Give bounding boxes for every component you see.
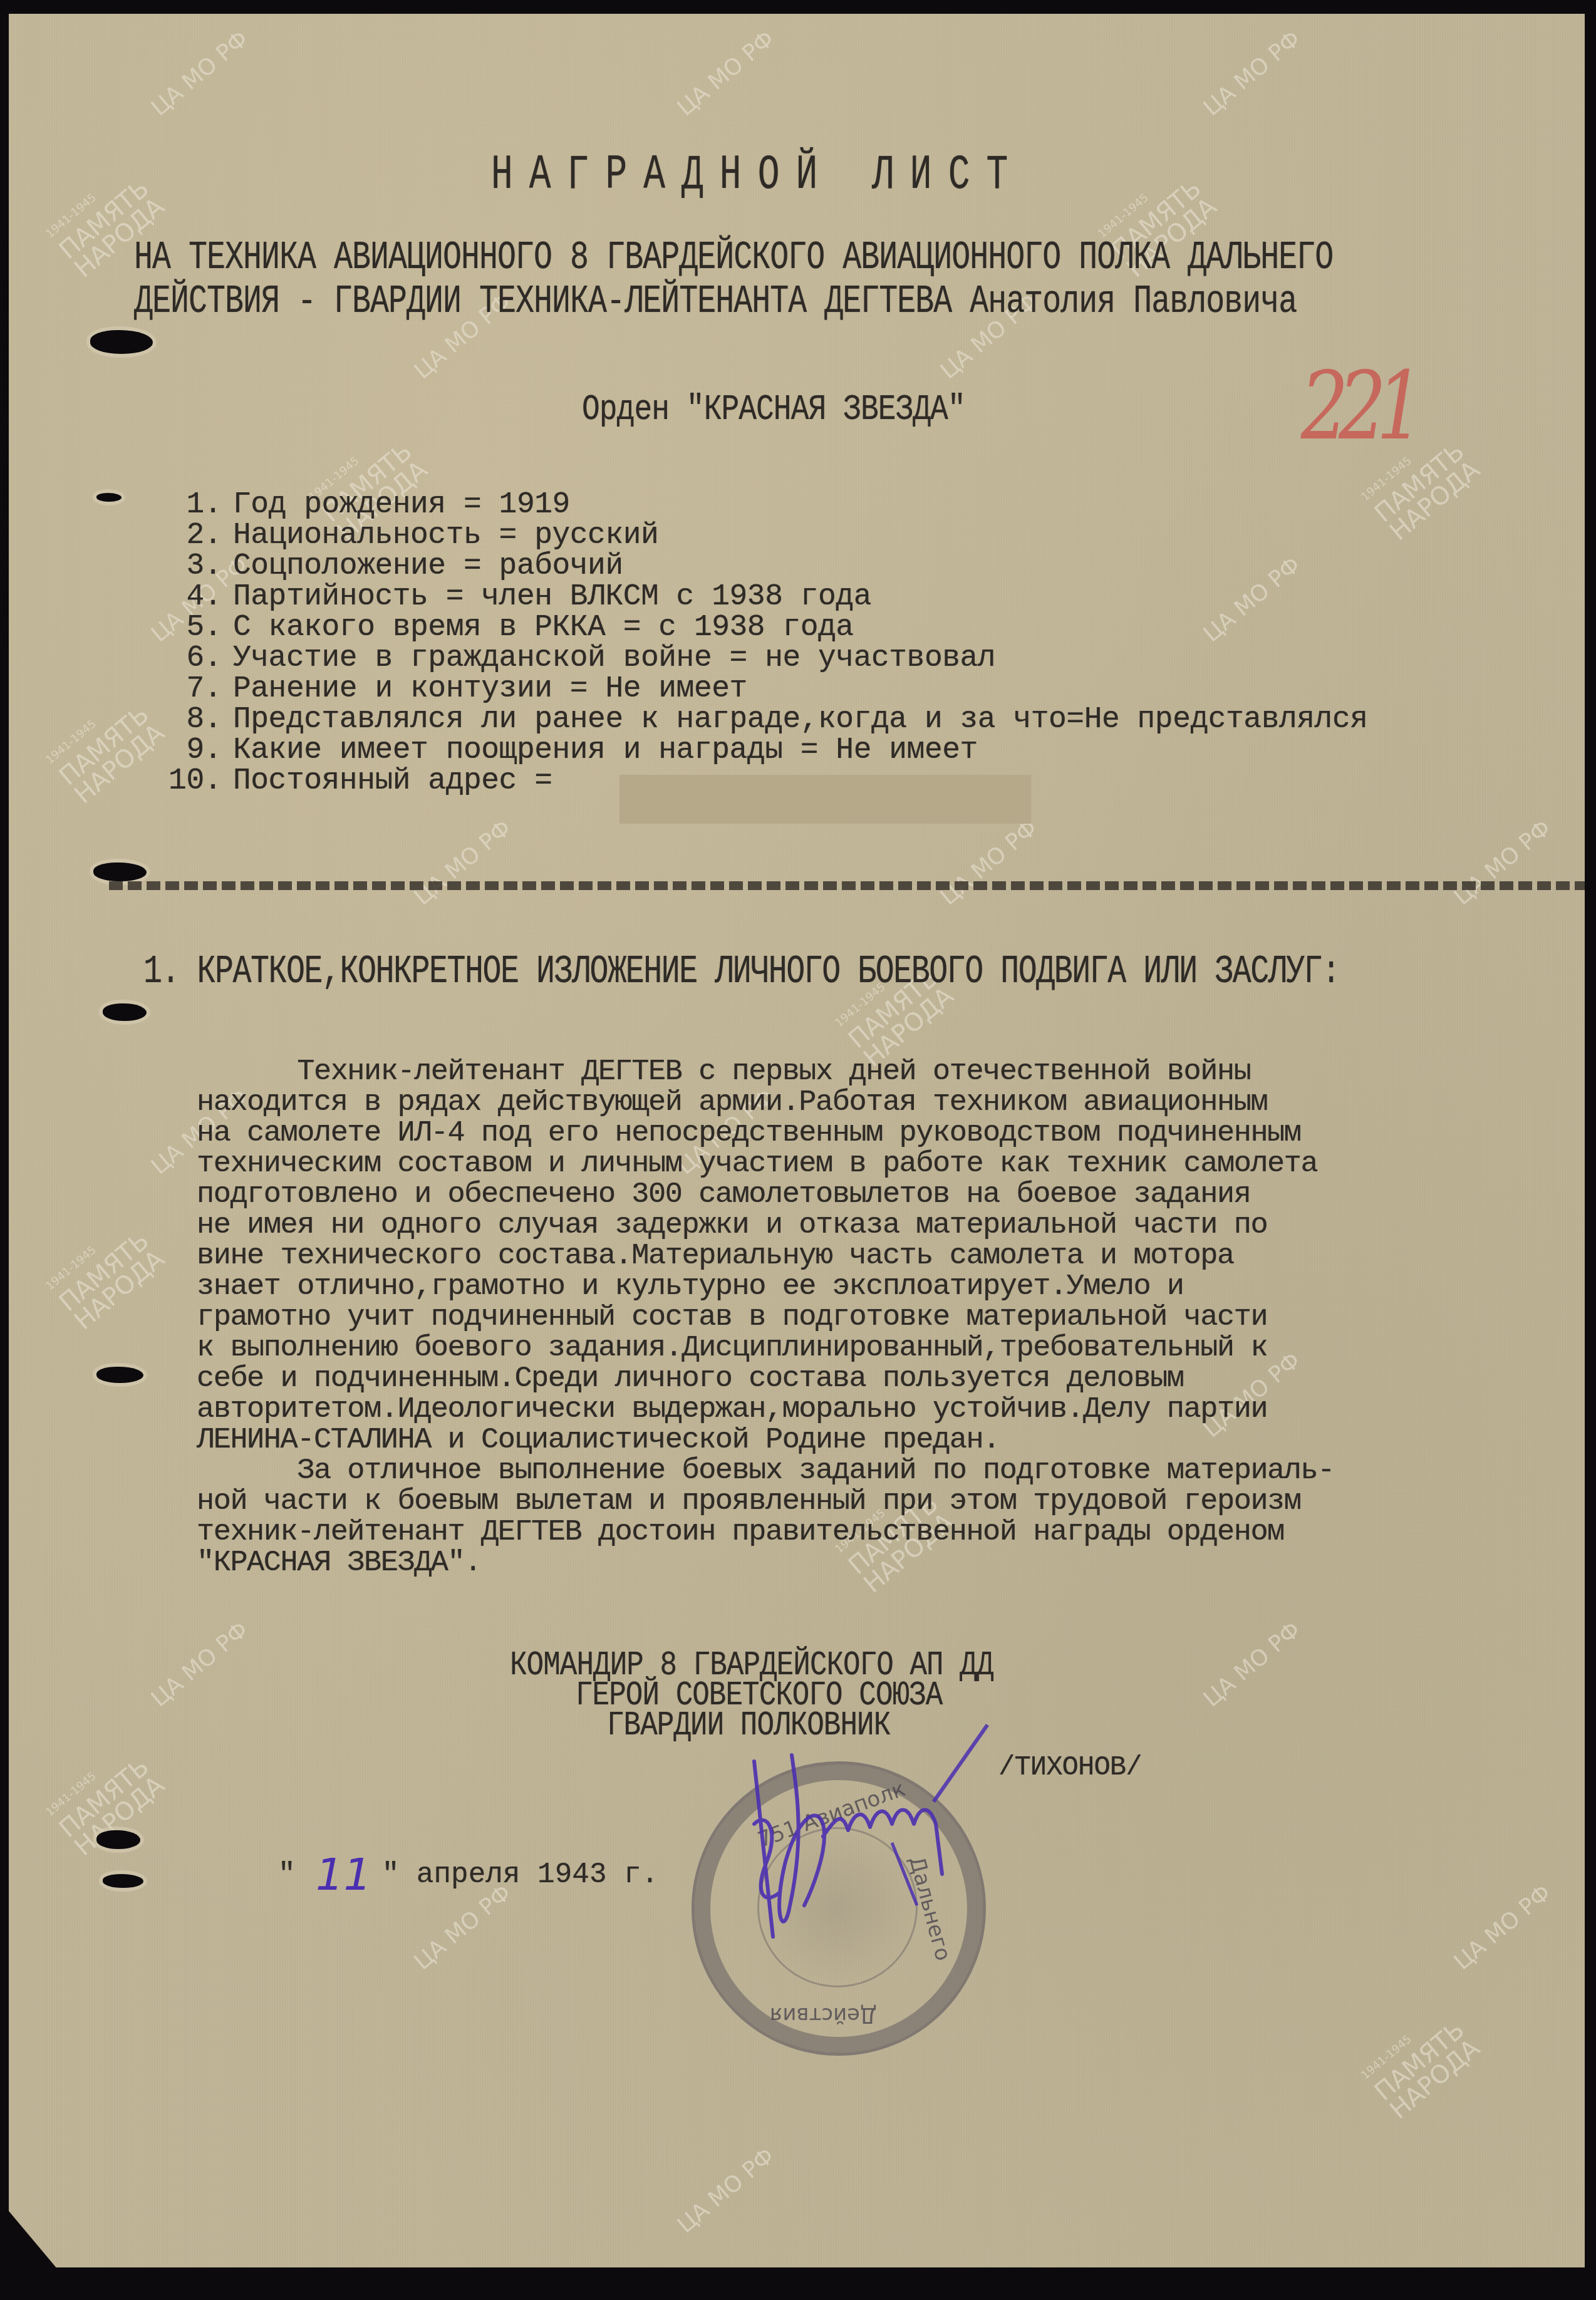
- punch-hole: [103, 1003, 147, 1021]
- subject-line-2: ДЕЙСТВИЯ - ГВАРДИИ ТЕХНИКА-ЛЕЙТЕНАНТА ДЕ…: [134, 280, 1297, 324]
- list-item-number: 7.: [147, 674, 233, 705]
- list-item-number: 8.: [147, 705, 233, 735]
- list-item: 3.Соцположение = рабочий: [147, 551, 1368, 582]
- project-watermark: 1941-1945 ПАМЯТЬ НАРОДА: [40, 1210, 168, 1334]
- punch-hole: [96, 1830, 140, 1849]
- body-line: знает отлично,грамотно и культурно ее эк…: [197, 1272, 1334, 1302]
- section-heading: 1. КРАТКОЕ,КОНКРЕТНОЕ ИЗЛОЖЕНИЕ ЛИЧНОГО …: [143, 950, 1340, 995]
- watermark-line2: НАРОДА: [1384, 2034, 1485, 2125]
- list-item-text: С какого время в РККА = с 1938 года: [233, 613, 854, 643]
- archive-watermark: ЦА МО РФ: [1449, 815, 1556, 910]
- order-name: Орден "КРАСНАЯ ЗВЕЗДА": [582, 390, 965, 430]
- list-item-text: Национальность = русский: [233, 521, 658, 551]
- body-line: себе и подчиненным.Среди личного состава…: [197, 1364, 1334, 1394]
- watermark-years: 1941-1945: [1092, 158, 1190, 245]
- archive-watermark: ЦА МО РФ: [147, 1617, 253, 1712]
- typed-divider-line: [109, 881, 1593, 890]
- watermark-years: 1941-1945: [40, 158, 138, 245]
- archive-watermark: ЦА МО РФ: [410, 1880, 516, 1975]
- list-item-number: 1.: [147, 490, 233, 521]
- handwritten-signature: [729, 1749, 992, 1949]
- punch-hole: [93, 862, 147, 881]
- watermark-line2: НАРОДА: [69, 1245, 170, 1336]
- signer-name: /ТИХОНОВ/: [998, 1752, 1142, 1783]
- archive-watermark: ЦА МО РФ: [1199, 1617, 1305, 1712]
- watermark-years: 1941-1945: [40, 684, 138, 771]
- list-item-number: 6.: [147, 643, 233, 674]
- list-item: 4.Партийность = член ВЛКСМ с 1938 года: [147, 582, 1368, 613]
- body-line: Техник-лейтенант ДЕГТЕВ с первых дней от…: [197, 1057, 1334, 1087]
- body-line: авторитетом.Идеологически выдержан,морал…: [197, 1394, 1334, 1425]
- list-item: 8.Представлялся ли ранее к награде,когда…: [147, 705, 1368, 735]
- watermark-line1: ПАМЯТЬ: [54, 1226, 155, 1318]
- archive-watermark: ЦА МО РФ: [1449, 1880, 1556, 1975]
- list-item-number: 3.: [147, 551, 233, 582]
- archive-watermark: ЦА МО РФ: [147, 26, 253, 121]
- document-title: НАГРАДНОЙ ЛИСТ: [491, 148, 1024, 204]
- seal-text-bottom: Действия: [770, 2002, 877, 2028]
- archive-watermark: ЦА МО РФ: [936, 815, 1042, 910]
- body-line: ЛЕНИНА-СТАЛИНА и Социалистической Родине…: [197, 1425, 1334, 1456]
- list-item-text: Представлялся ли ранее к награде,когда и…: [233, 705, 1368, 735]
- list-item-number: 2.: [147, 521, 233, 551]
- signer-rank: ГВАРДИИ ПОЛКОВНИК: [510, 1709, 993, 1743]
- body-line: не имея ни одного случая задержки и отка…: [197, 1210, 1334, 1241]
- list-item-text: Ранение и контузии = Не имеет: [233, 674, 747, 705]
- body-line: подготовлено и обеспечено 300 самолетовы…: [197, 1179, 1334, 1210]
- body-line: находится в рядах действующей армии.Рабо…: [197, 1087, 1334, 1118]
- body-line: к выполнению боевого задания.Дисциплинир…: [197, 1333, 1334, 1364]
- list-item: 9.Какие имеет поощрения и награды = Не и…: [147, 735, 1368, 766]
- list-item-number: 9.: [147, 735, 233, 766]
- body-line: ной части к боевым вылетам и проявленный…: [197, 1486, 1334, 1517]
- archive-watermark: ЦА МО РФ: [673, 2143, 779, 2238]
- merit-description: Техник-лейтенант ДЕГТЕВ с первых дней от…: [197, 1057, 1334, 1578]
- archive-watermark: ЦА МО РФ: [673, 26, 779, 121]
- list-item-number: 5.: [147, 613, 233, 643]
- list-item-text: Какие имеет поощрения и награды = Не име…: [233, 735, 978, 766]
- list-item: 7.Ранение и контузии = Не имеет: [147, 674, 1368, 705]
- subject-line-1: НА ТЕХНИКА АВИАЦИОННОГО 8 ГВАРДЕЙСКОГО А…: [134, 236, 1333, 281]
- body-line: "КРАСНАЯ ЗВЕЗДА".: [197, 1548, 1334, 1578]
- project-watermark: 1941-1945 ПАМЯТЬ НАРОДА: [1355, 1999, 1484, 2123]
- list-item-text: Участие в гражданской войне = не участво…: [233, 643, 995, 674]
- punch-hole: [103, 1874, 143, 1888]
- watermark-line1: ПАМЯТЬ: [54, 700, 155, 792]
- address-redaction: [619, 775, 1031, 824]
- list-item-text: Постоянный адрес =: [233, 766, 552, 797]
- watermark-line1: ПАМЯТЬ: [1369, 2016, 1470, 2107]
- watermark-years: 1941-1945: [40, 1210, 138, 1297]
- body-line: грамотно учит подчиненный состав в подго…: [197, 1302, 1334, 1333]
- watermark-line1: ПАМЯТЬ: [54, 1753, 155, 1844]
- signature-block: КОМАНДИР 8 ГВАРДЕЙСКОГО АП ДД ГЕРОЙ СОВЕ…: [510, 1649, 993, 1739]
- watermark-line2: НАРОДА: [1384, 455, 1485, 547]
- margin-number-red-pencil: 221: [1301, 352, 1414, 461]
- archive-watermark: ЦА МО РФ: [410, 815, 516, 910]
- handwritten-day: 11: [316, 1849, 371, 1900]
- punch-hole: [96, 493, 122, 502]
- body-line: За отличное выполнение боевых заданий по…: [197, 1456, 1334, 1486]
- list-item-number: 10.: [147, 766, 233, 797]
- archive-watermark: ЦА МО РФ: [1199, 26, 1305, 121]
- list-item-text: Соцположение = рабочий: [233, 551, 623, 582]
- body-line: техническим составом и личным участием в…: [197, 1149, 1334, 1179]
- punch-hole: [90, 330, 153, 354]
- body-line: вине технического состава.Материальную ч…: [197, 1241, 1334, 1272]
- body-line: на самолете ИЛ-4 под его непосредственны…: [197, 1118, 1334, 1149]
- list-item: 6.Участие в гражданской войне = не участ…: [147, 643, 1368, 674]
- list-item-number: 4.: [147, 582, 233, 613]
- list-item: 1.Год рождения = 1919: [147, 490, 1368, 521]
- body-line: техник-лейтенант ДЕГТЕВ достоин правител…: [197, 1517, 1334, 1548]
- questionnaire-list: 1.Год рождения = 1919 2.Национальность =…: [147, 490, 1368, 797]
- list-item-text: Год рождения = 1919: [233, 490, 570, 521]
- list-item: 5.С какого время в РККА = с 1938 года: [147, 613, 1368, 643]
- punch-hole: [96, 1367, 143, 1383]
- watermark-years: 1941-1945: [40, 1736, 138, 1823]
- watermark-years: 1941-1945: [1355, 1999, 1453, 2086]
- list-item-text: Партийность = член ВЛКСМ с 1938 года: [233, 582, 871, 613]
- list-item: 2.Национальность = русский: [147, 521, 1368, 551]
- award-sheet-paper: ЦА МО РФ ЦА МО РФ ЦА МО РФ ЦА МО РФ ЦА М…: [9, 14, 1585, 2267]
